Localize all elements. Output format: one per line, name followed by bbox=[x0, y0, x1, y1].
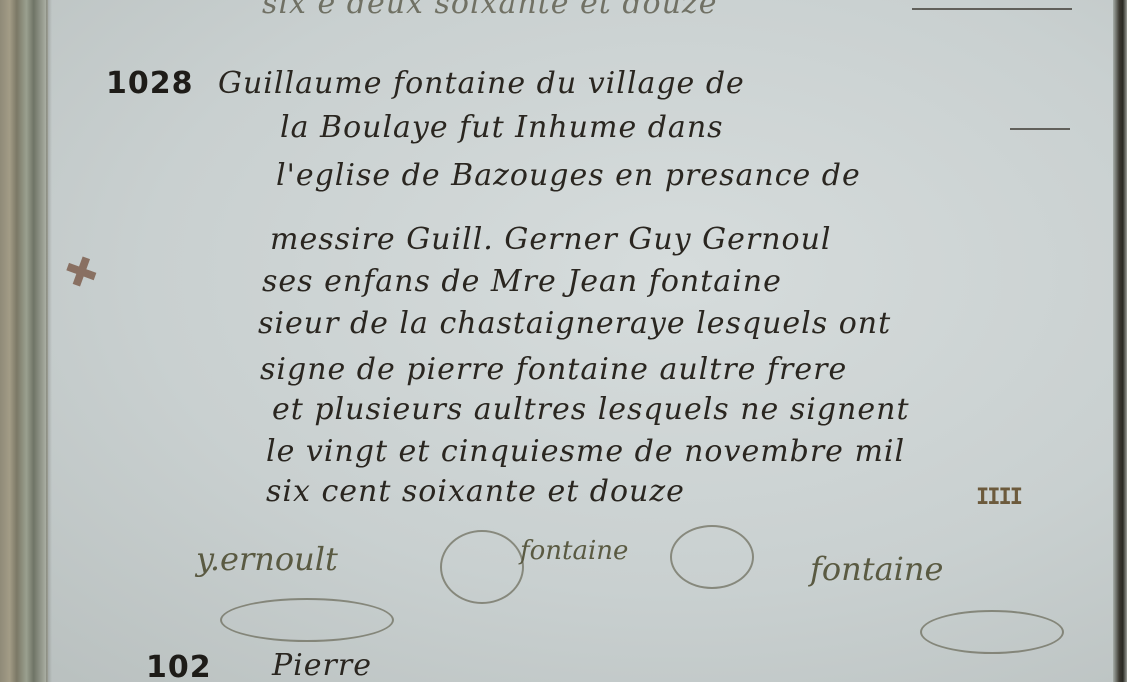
page-edge bbox=[1113, 0, 1127, 682]
entry-line-2: la Boulaye fut Inhume dans bbox=[280, 110, 724, 145]
tally-mark: IIII bbox=[976, 485, 1021, 510]
signature-ernoult: y.ernoult bbox=[196, 540, 338, 578]
entry-line-1: Guillaume fontaine du village de bbox=[218, 66, 745, 101]
line-filler-rule bbox=[1010, 128, 1070, 130]
register-page-scan: six e deux soixante et douze 1028 Guilla… bbox=[0, 0, 1127, 682]
entry-line-3: l'eglise de Bazouges en presance de bbox=[276, 158, 861, 193]
entry-line-7: signe de pierre fontaine aultre frere bbox=[260, 352, 847, 387]
next-entry-number: 102 bbox=[146, 650, 212, 682]
signature-fontaine-2: fontaine bbox=[810, 550, 943, 588]
signature-flourish bbox=[920, 610, 1064, 654]
entry-line-4: messire Guill. Gerner Guy Gernoul bbox=[270, 222, 832, 257]
entry-line-6: sieur de la chastaigneraye lesquels ont bbox=[258, 306, 891, 341]
next-entry-first-word: Pierre bbox=[272, 648, 372, 682]
previous-entry-fragment: six e deux soixante et douze bbox=[262, 0, 718, 21]
signature-paraph bbox=[670, 525, 754, 589]
signature-paraph bbox=[440, 530, 524, 604]
signature-fontaine-1: fontaine bbox=[520, 536, 628, 566]
entry-number: 1028 bbox=[106, 66, 194, 101]
book-binding bbox=[0, 0, 48, 682]
signature-flourish bbox=[220, 598, 394, 642]
entry-line-9: le vingt et cinquiesme de novembre mil bbox=[266, 434, 905, 469]
closing-rule bbox=[912, 8, 1072, 10]
margin-cross-icon: ✚ bbox=[57, 246, 104, 301]
entry-line-10: six cent soixante et douze bbox=[266, 474, 685, 509]
entry-line-5: ses enfans de Mre Jean fontaine bbox=[262, 264, 782, 299]
entry-line-8: et plusieurs aultres lesquels ne signent bbox=[272, 392, 910, 427]
